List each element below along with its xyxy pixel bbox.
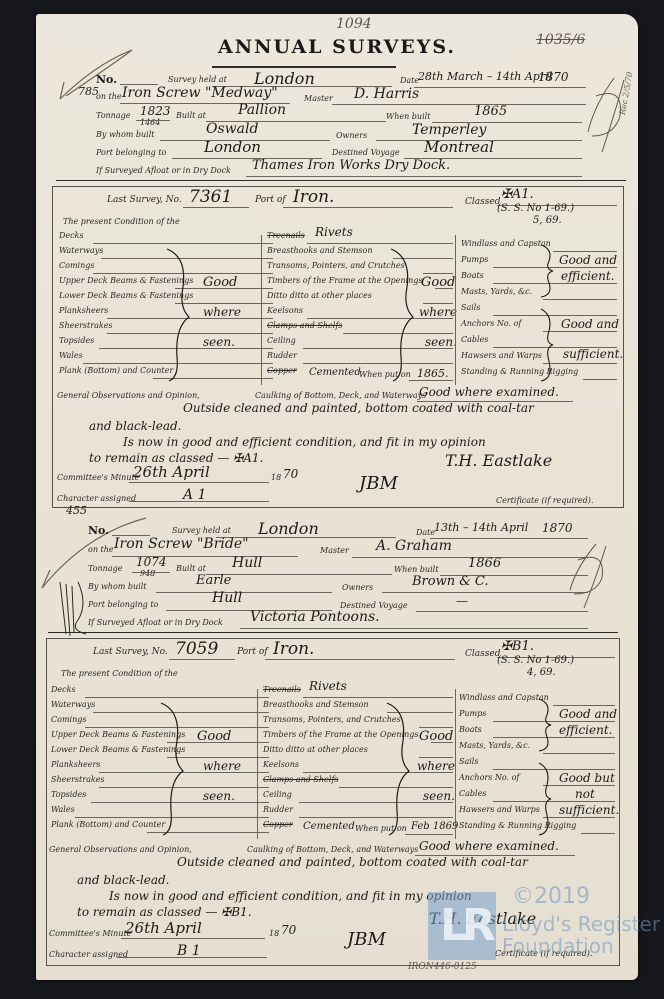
flourish-initials-icon — [566, 542, 616, 612]
built-at-label: Built at — [176, 564, 206, 573]
treenails-value: Rivets — [315, 225, 353, 239]
tonnage-label: Tonnage — [96, 111, 130, 120]
date-value: 28th March – 14th April — [418, 70, 552, 83]
classed-note-1: (S. S. No 1-69.) — [497, 655, 574, 666]
year-prefix: 18 — [269, 929, 279, 938]
col3-group2-line1: Good but — [559, 771, 615, 785]
port-belonging-to-value: London — [204, 138, 261, 156]
when-put-on-value: 1865. — [417, 367, 449, 380]
archive-reference: IRON446-0125 — [408, 962, 477, 972]
observation-line-1: Outside cleaned and painted, bottom coat… — [183, 401, 534, 415]
general-observations-label: General Observations and Opinion, — [49, 845, 192, 854]
survey-held-at-value: London — [258, 519, 319, 538]
flourish-mark-icon — [56, 580, 92, 640]
surveyor-signature: T.H. Eastlake — [445, 451, 552, 470]
year-prefix: 18 — [271, 473, 281, 482]
caulking-value: Good where examined. — [419, 839, 559, 853]
lr-logo-icon: LR — [428, 892, 496, 960]
certificate-label-1: Certificate (if required). — [496, 496, 593, 505]
present-condition-label: The present Condition of the — [61, 669, 178, 678]
label-copper: Copper — [267, 366, 307, 381]
no-label: No. — [96, 73, 117, 86]
surveyed-afloat-label: If Surveyed Afloat or in Dry Dock — [88, 618, 223, 627]
by-whom-built-label: By whom built — [88, 582, 147, 591]
surveyed-afloat-label: If Surveyed Afloat or in Dry Dock — [96, 166, 231, 175]
col1-value-where: where — [203, 305, 241, 319]
observation-line-3: Is now in good and efficient condition, … — [123, 435, 486, 449]
port-of-value: Iron. — [293, 187, 334, 207]
master-label: Master — [304, 94, 333, 103]
caulking-label: Caulking of Bottom, Deck, and Waterways — [255, 391, 426, 400]
owners-value: Temperley — [412, 122, 486, 138]
date-year: 1870 — [542, 521, 573, 535]
tonnage-value: 1074 — [136, 555, 167, 569]
classed-label: Classed — [465, 649, 500, 659]
when-put-on-value: Feb 1869 — [411, 821, 458, 832]
col2-value-good: Good — [419, 729, 453, 744]
top-pencil-number: 1094 — [336, 16, 372, 32]
classed-note-2: 4, 69. — [527, 667, 556, 678]
owners-value: Brown & C. — [412, 574, 489, 589]
by-whom-built-value: Oswald — [206, 121, 258, 137]
no-label: No. — [88, 524, 109, 537]
committees-minute-label: Committee's Minute — [49, 929, 131, 938]
observation-line-4: to remain as classed — ✠B1. — [77, 905, 252, 919]
col3-group1-line2: efficient. — [559, 723, 612, 737]
general-observations-label: General Observations and Opinion, — [57, 391, 200, 400]
committees-minute-label: Committee's Minute — [57, 473, 139, 482]
watermark-year: ©2019 — [512, 884, 590, 909]
col3-group1-line2: efficient. — [561, 269, 614, 283]
observation-line-1: Outside cleaned and painted, bottom coat… — [177, 855, 528, 869]
surveyed-afloat-value: Thames Iron Works Dry Dock. — [252, 158, 450, 173]
col3-group2-line3: sufficient. — [559, 803, 619, 817]
brace-icon — [539, 243, 559, 299]
watermark-line1: Lloyd's Register — [502, 912, 660, 936]
owners-label: Owners — [342, 583, 373, 592]
vessel-name: Iron Screw "Medway" — [122, 85, 278, 101]
date-year: 1870 — [538, 70, 569, 84]
year-suffix: 70 — [281, 923, 296, 937]
watermark-line2: Foundation — [502, 934, 614, 958]
last-survey-number: 7059 — [175, 639, 218, 659]
on-the-label: on the — [88, 545, 114, 554]
classed-value: ✠B1. — [501, 639, 534, 654]
when-built-label: When built — [394, 565, 438, 574]
destined-voyage-value: — — [456, 594, 468, 608]
built-at-label: Built at — [176, 111, 206, 120]
vessel-name: Iron Screw "Bride" — [114, 536, 249, 552]
classed-value: ✠A1. — [501, 187, 534, 202]
committees-minute-value: 26th April — [133, 463, 210, 481]
col1-value-good: Good — [197, 729, 231, 744]
when-built-value: 1865 — [474, 104, 507, 119]
caulking-label: Caulking of Bottom, Deck, and Waterways — [247, 845, 418, 854]
col3-group1-line1: Good and — [559, 253, 617, 267]
port-of-value: Iron. — [273, 639, 314, 659]
treenails-value: Rivets — [309, 679, 347, 693]
col3-group2-line2: sufficient. — [563, 347, 623, 361]
survey-held-at-label: Survey held at — [168, 75, 227, 84]
observation-line-3: Is now in good and efficient condition, … — [109, 889, 472, 903]
col2-value-good: Good — [421, 275, 455, 290]
col2-value-where: where — [417, 759, 455, 773]
survey-1-condition-box: Last Survey, No. 7361 Port of Iron. Clas… — [52, 186, 624, 508]
port-of-label: Port of — [237, 647, 268, 657]
col2-value-where: where — [419, 305, 457, 319]
present-condition-label: The present Condition of the — [63, 217, 180, 226]
col1-value-good: Good — [203, 275, 237, 290]
col3-group2-line1: Good and — [561, 317, 619, 331]
built-at-value: Pallion — [238, 102, 286, 118]
surveyed-afloat-value: Victoria Pontoons. — [250, 609, 380, 625]
col3-group1-line1: Good and — [559, 707, 617, 721]
col1-value-seen: seen. — [203, 335, 235, 349]
brace-icon — [165, 247, 195, 383]
committee-initials: JBM — [347, 929, 386, 950]
brace-icon — [537, 761, 557, 837]
lr-logo-letters: LR — [440, 900, 490, 951]
classed-note-1: (S. S. No 1-69.) — [497, 203, 574, 214]
port-belonging-to-label: Port belonging to — [96, 148, 166, 157]
brace-icon — [389, 247, 419, 383]
by-whom-built-value: Earle — [196, 573, 231, 588]
owners-label: Owners — [336, 131, 367, 140]
copper-value: Cemented — [303, 821, 355, 832]
date-value: 13th – 14th April — [434, 521, 528, 534]
year-suffix: 70 — [283, 467, 298, 481]
col2-value-seen: seen. — [425, 335, 457, 349]
built-at-value: Hull — [232, 555, 262, 571]
caulking-value: Good where examined. — [419, 385, 559, 399]
by-whom-built-label: By whom built — [96, 130, 155, 139]
last-survey-label: Last Survey, No. — [93, 647, 168, 657]
col2-value-seen: seen. — [423, 789, 455, 803]
committees-minute-value: 26th April — [125, 919, 202, 937]
on-the-label: on the — [96, 92, 122, 101]
master-value: A. Graham — [376, 538, 452, 554]
destined-voyage-label: Destined Voyage — [332, 148, 400, 157]
port-of-label: Port of — [255, 195, 286, 205]
tonnage-label: Tonnage — [88, 564, 122, 573]
brace-icon — [539, 307, 559, 383]
tonnage-alt-value: 948 — [140, 569, 155, 578]
classed-note-2: 5, 69. — [533, 215, 562, 226]
when-built-value: 1866 — [468, 556, 501, 571]
brace-icon — [385, 701, 415, 837]
date-label: Date — [416, 528, 435, 537]
last-survey-label: Last Survey, No. — [107, 195, 182, 205]
col3-group2-line2: not — [575, 787, 595, 801]
observation-line-2: and black-lead. — [89, 419, 181, 433]
label-copper: Copper — [263, 820, 303, 835]
survey-held-at-label: Survey held at — [172, 526, 231, 535]
when-built-label: When built — [386, 112, 430, 121]
tonnage-value: 1823 — [140, 104, 171, 118]
port-belonging-to-value: Hull — [212, 590, 242, 606]
destined-voyage-value: Montreal — [424, 138, 494, 156]
col1-value-seen: seen. — [203, 789, 235, 803]
master-value: D. Harris — [354, 86, 419, 102]
brace-icon — [537, 697, 557, 753]
date-label: Date — [400, 76, 419, 85]
committee-initials: JBM — [359, 473, 398, 494]
last-survey-number: 7361 — [189, 187, 232, 207]
observation-line-2: and black-lead. — [77, 873, 169, 887]
copper-value: Cemented — [309, 367, 361, 378]
col1-value-where: where — [203, 759, 241, 773]
master-label: Master — [320, 546, 349, 555]
port-belonging-to-label: Port belonging to — [88, 600, 158, 609]
classed-label: Classed — [465, 197, 500, 207]
flourish-initials-icon — [584, 76, 634, 156]
brace-icon — [159, 701, 189, 837]
survey-document-page: 1094 1035/6 ANNUAL SURVEYS. Rec 2/5/70 7… — [36, 14, 638, 980]
character-assigned-label: Character assigned — [57, 494, 136, 503]
